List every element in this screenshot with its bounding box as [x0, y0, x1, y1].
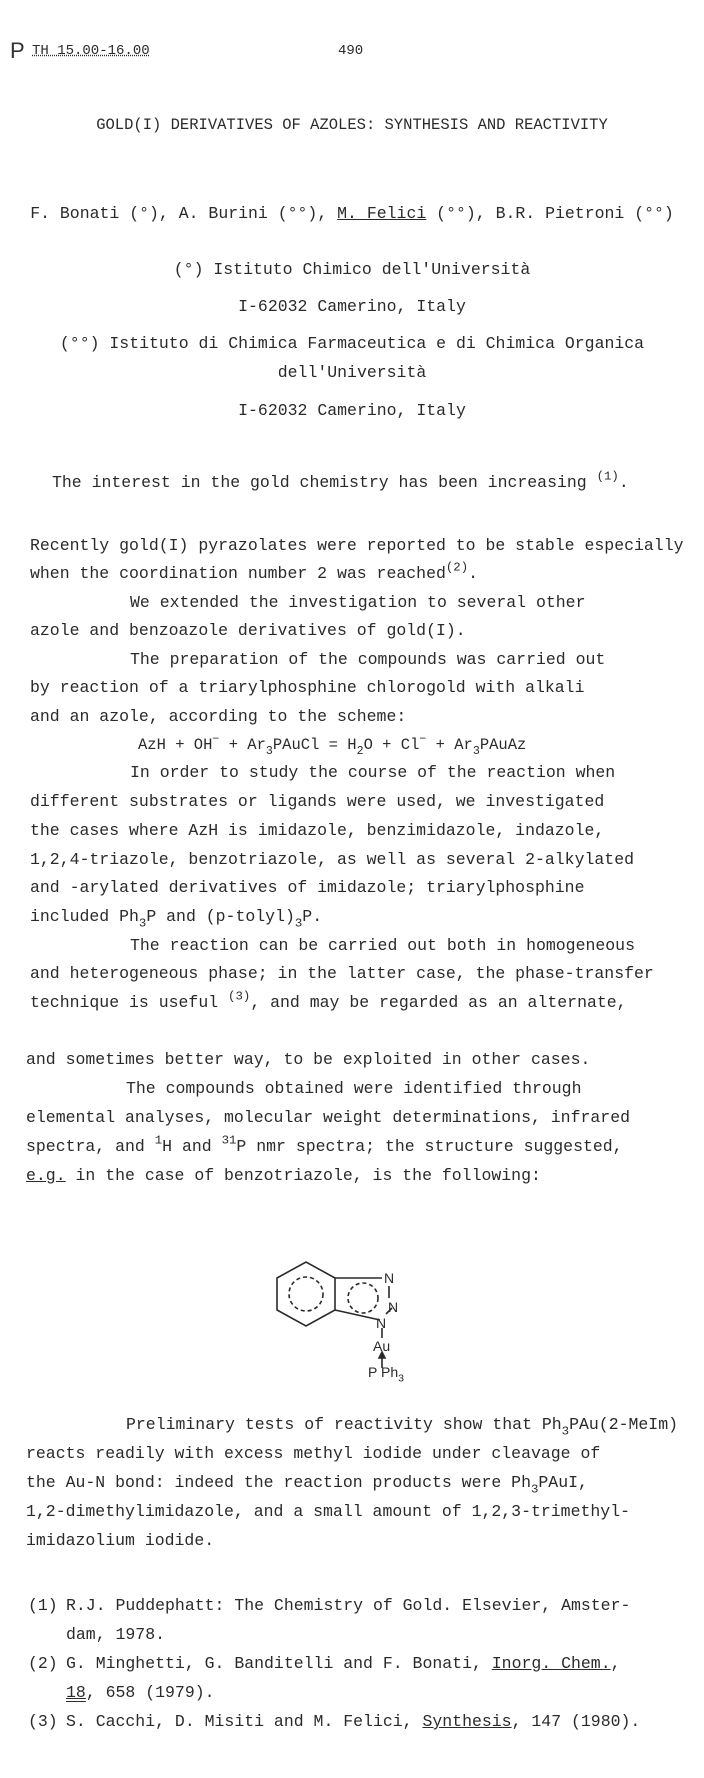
- citation-2: (2): [446, 561, 468, 575]
- intro-sentence: The interest in the gold chemistry has b…: [52, 473, 629, 492]
- line-text: included Ph: [30, 907, 139, 926]
- body-line: The compounds obtained were identified t…: [126, 1079, 581, 1098]
- body-line: technique is useful (3), and may be rega…: [30, 993, 627, 1012]
- ref-punct: ,: [611, 1654, 621, 1673]
- line-text: , and may be regarded as an alternate,: [250, 993, 626, 1012]
- presenting-author: M. Felici: [337, 204, 426, 223]
- body-line: by reaction of a triarylphosphine chloro…: [30, 678, 585, 697]
- body-line: and an azole, according to the scheme:: [30, 707, 406, 726]
- subscript: 3: [562, 1425, 569, 1439]
- line-text: PAu(2-MeIm): [569, 1415, 678, 1434]
- poster-mark: P: [10, 38, 25, 64]
- atom-n-top: N: [384, 1270, 394, 1286]
- body-line: spectra, and 1H and 31P nmr spectra; the…: [26, 1137, 623, 1156]
- body-line: Recently gold(I) pyrazolates were report…: [30, 536, 684, 555]
- reaction-equation: AzH + OH− + Ar3PAuCl = H2O + Cl− + Ar3PA…: [138, 736, 526, 754]
- eg-abbrev: e.g.: [26, 1166, 66, 1185]
- ref-3-number: (3): [28, 1712, 58, 1731]
- affiliation-2-address: I-62032 Camerino, Italy: [0, 401, 704, 420]
- benzene-ring: [277, 1262, 335, 1326]
- line-text: H and: [162, 1137, 221, 1156]
- authors-part-1: F. Bonati (°), A. Burini (°°),: [30, 204, 337, 223]
- ref-2-line-1: G. Minghetti, G. Banditelli and F. Bonat…: [66, 1654, 621, 1673]
- authors-part-2: (°°), B.R. Pietroni (°°): [426, 204, 674, 223]
- ref-2-number: (2): [28, 1654, 58, 1673]
- atom-gold: Au: [373, 1338, 390, 1354]
- ref-journal: Inorg. Chem.: [492, 1654, 611, 1673]
- body-line: 1,2,4-triazole, benzotriazole, as well a…: [30, 850, 634, 869]
- line-text: spectra, and: [26, 1137, 155, 1156]
- body-line: the Au-N bond: indeed the reaction produ…: [26, 1473, 588, 1492]
- line-text: P and (p-tolyl): [146, 907, 295, 926]
- affiliation-2-cont: dell'Università: [0, 363, 704, 382]
- line-text: Preliminary tests of reactivity show tha…: [126, 1415, 562, 1434]
- line-text: technique is useful: [30, 993, 228, 1012]
- affiliation-1: (°) Istituto Chimico dell'Università: [0, 260, 704, 279]
- body-line: included Ph3P and (p-tolyl)3P.: [30, 907, 322, 926]
- body-line: Preliminary tests of reactivity show tha…: [126, 1415, 678, 1434]
- atom-n-bottom: N: [376, 1315, 386, 1331]
- phosphine-ligand: P Ph3: [368, 1364, 404, 1380]
- body-line: 1,2-dimethylimidazole, and a small amoun…: [26, 1502, 630, 1521]
- citation-3: (3): [228, 990, 250, 1004]
- body-line: The preparation of the compounds was car…: [130, 650, 605, 669]
- benzotriazole-gold-structure: N N N Au: [262, 1248, 432, 1368]
- ref-3-line-1: S. Cacchi, D. Misiti and M. Felici, Synt…: [66, 1712, 640, 1731]
- body-line: e.g. in the case of benzotriazole, is th…: [26, 1166, 541, 1185]
- ref-2-line-2: 18, 658 (1979).: [66, 1683, 215, 1702]
- line-text: when the coordination number 2 was reach…: [30, 564, 446, 583]
- eq-sub: 3: [473, 745, 480, 758]
- eq-sub: 3: [266, 745, 273, 758]
- body-line: the cases where AzH is imidazole, benzim…: [30, 821, 604, 840]
- body-line: azole and benzoazole derivatives of gold…: [30, 621, 466, 640]
- atom-n-mid: N: [388, 1299, 398, 1315]
- body-line: when the coordination number 2 was reach…: [30, 564, 478, 583]
- ref-authors: S. Cacchi, D. Misiti and M. Felici,: [66, 1712, 422, 1731]
- line-text: PAuI,: [538, 1473, 588, 1492]
- line-text: in the case of benzotriazole, is the fol…: [66, 1166, 541, 1185]
- ref-1-line-2: dam, 1978.: [66, 1625, 165, 1644]
- intro-text: The interest in the gold chemistry has b…: [52, 473, 597, 492]
- ligand-text: P Ph: [368, 1364, 398, 1380]
- ref-1-line-1: R.J. Puddephatt: The Chemistry of Gold. …: [66, 1596, 630, 1615]
- eq-part: PAuCl = H: [273, 736, 357, 754]
- eq-sub: 2: [357, 745, 364, 758]
- ref-journal: Synthesis: [422, 1712, 511, 1731]
- eq-part: PAuAz: [480, 736, 527, 754]
- body-line: The reaction can be carried out both in …: [130, 936, 635, 955]
- triazole-aromatic-circle: [348, 1283, 378, 1313]
- ligand-sub: 3: [398, 1373, 404, 1385]
- line-text: P nmr spectra; the structure suggested,: [236, 1137, 622, 1156]
- line-text: P.: [302, 907, 322, 926]
- body-line: and heterogeneous phase; in the latter c…: [30, 964, 654, 983]
- body-line: and -arylated derivatives of imidazole; …: [30, 878, 585, 897]
- eq-part: + Ar: [426, 736, 473, 754]
- author-list: F. Bonati (°), A. Burini (°°), M. Felici…: [0, 204, 704, 223]
- body-line: imidazolium iodide.: [26, 1531, 214, 1550]
- aromatic-circle: [289, 1277, 323, 1311]
- ref-volume: 18: [66, 1683, 86, 1702]
- affiliation-1-address: I-62032 Camerino, Italy: [0, 297, 704, 316]
- ref-authors: G. Minghetti, G. Banditelli and F. Bonat…: [66, 1654, 492, 1673]
- superscript: 31: [222, 1134, 237, 1148]
- page-number: 490: [338, 43, 363, 59]
- body-line: reacts readily with excess methyl iodide…: [26, 1444, 600, 1463]
- body-line: In order to study the course of the reac…: [130, 763, 615, 782]
- paper-title: GOLD(I) DERIVATIVES OF AZOLES: SYNTHESIS…: [0, 116, 704, 134]
- ref-pages: , 658 (1979).: [86, 1683, 215, 1702]
- ref-1-number: (1): [28, 1596, 58, 1615]
- ref-pages: , 147 (1980).: [512, 1712, 641, 1731]
- body-line: different substrates or ligands were use…: [30, 792, 604, 811]
- citation-1: (1): [597, 470, 619, 484]
- body-line: elemental analyses, molecular weight det…: [26, 1108, 630, 1127]
- eq-part: O + Cl: [364, 736, 420, 754]
- affiliation-2: (°°) Istituto di Chimica Farmaceutica e …: [0, 334, 704, 353]
- body-line: We extended the investigation to several…: [130, 593, 585, 612]
- session-time: TH 15.00-16.00: [32, 43, 150, 59]
- eq-part: AzH + OH: [138, 736, 212, 754]
- body-line: and sometimes better way, to be exploite…: [26, 1050, 590, 1069]
- line-text: the Au-N bond: indeed the reaction produ…: [26, 1473, 531, 1492]
- eq-part: + Ar: [219, 736, 266, 754]
